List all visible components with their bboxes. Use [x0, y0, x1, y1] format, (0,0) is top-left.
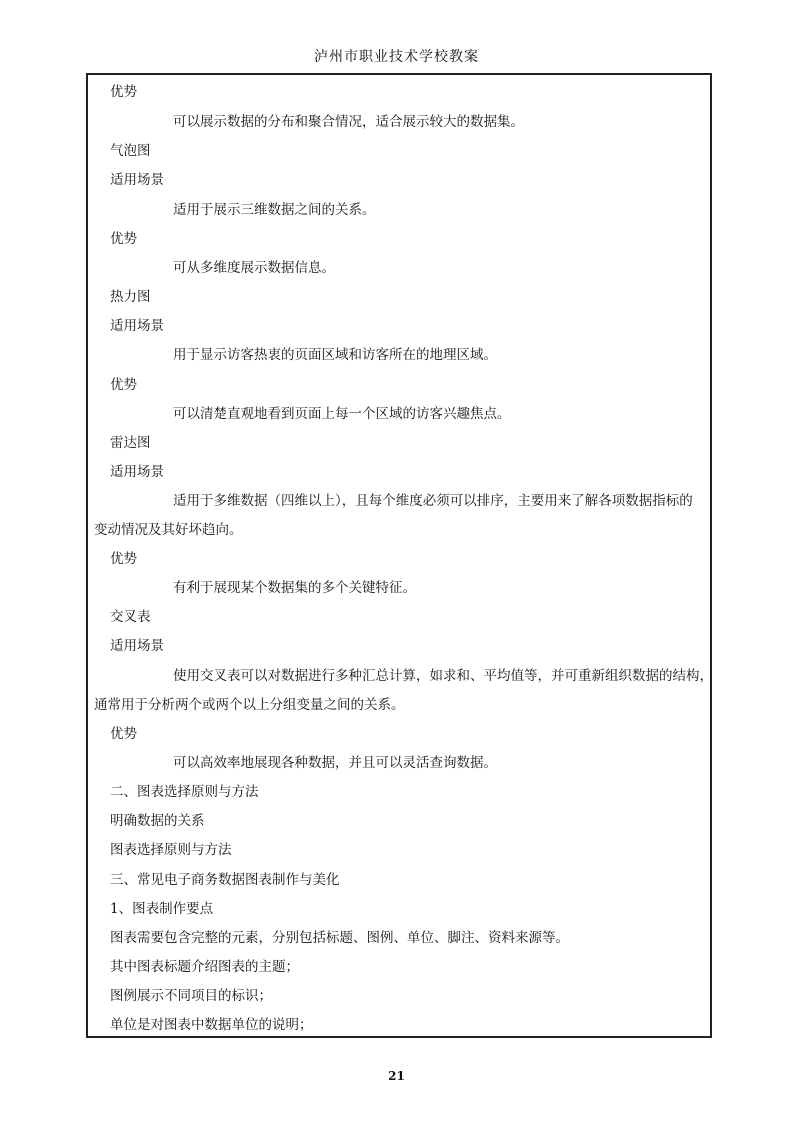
- text-line: 有利于展现某个数据集的多个关键特征。: [173, 580, 416, 596]
- section-heading: 交叉表: [110, 609, 151, 625]
- section-heading: 雷达图: [110, 435, 151, 451]
- text-line: 适用场景: [110, 172, 164, 188]
- text-line: 优势: [110, 551, 137, 567]
- text-line: 图表需要包含完整的元素，分别包括标题、图例、单位、脚注、资料来源等。: [110, 930, 569, 946]
- section-heading: 热力图: [110, 289, 151, 305]
- section-heading: 二、图表选择原则与方法: [110, 784, 259, 800]
- text-line: 适用于多维数据（四维以上），且每个维度必须可以排序，主要用来了解各项数据指标的: [173, 493, 693, 509]
- text-line: 变动情况及其好坏趋向。: [94, 522, 243, 538]
- text-line: 适用场景: [110, 638, 164, 654]
- text-line: 通常用于分析两个或两个以上分组变量之间的关系。: [94, 697, 405, 713]
- text-line: 优势: [110, 84, 137, 100]
- section-heading: 三、常见电子商务数据图表制作与美化: [110, 872, 340, 888]
- text-line: 其中图表标题介绍图表的主题；: [110, 959, 299, 975]
- text-line: 适用场景: [110, 318, 164, 334]
- text-line: 可以高效率地展现各种数据，并且可以灵活查询数据。: [173, 755, 497, 771]
- text-line: 优势: [110, 231, 137, 247]
- text-line: 单位是对图表中数据单位的说明；: [110, 1017, 313, 1033]
- text-line: 使用交叉表可以对数据进行多种汇总计算，如求和、平均值等，并可重新组织数据的结构，: [173, 668, 713, 684]
- text-line: 适用场景: [110, 464, 164, 480]
- page-header-title: 泸州市职业技术学校教案: [0, 46, 793, 66]
- text-line: 用于显示访客热衷的页面区域和访客所在的地理区域。: [173, 347, 497, 363]
- subsection-heading: 1、图表制作要点: [110, 901, 213, 917]
- text-line: 可以展示数据的分布和聚合情况，适合展示较大的数据集。: [173, 114, 524, 130]
- text-line: 优势: [110, 726, 137, 742]
- text-line: 可以清楚直观地看到页面上每一个区域的访客兴趣焦点。: [173, 406, 511, 422]
- text-line: 适用于展示三维数据之间的关系。: [173, 202, 376, 218]
- section-heading: 气泡图: [110, 143, 151, 159]
- text-line: 图表选择原则与方法: [110, 842, 232, 858]
- text-line: 优势: [110, 377, 137, 393]
- text-line: 明确数据的关系: [110, 813, 205, 829]
- page-number: 21: [0, 1069, 793, 1083]
- text-line: 图例展示不同项目的标识；: [110, 988, 272, 1004]
- text-line: 可从多维度展示数据信息。: [173, 260, 335, 276]
